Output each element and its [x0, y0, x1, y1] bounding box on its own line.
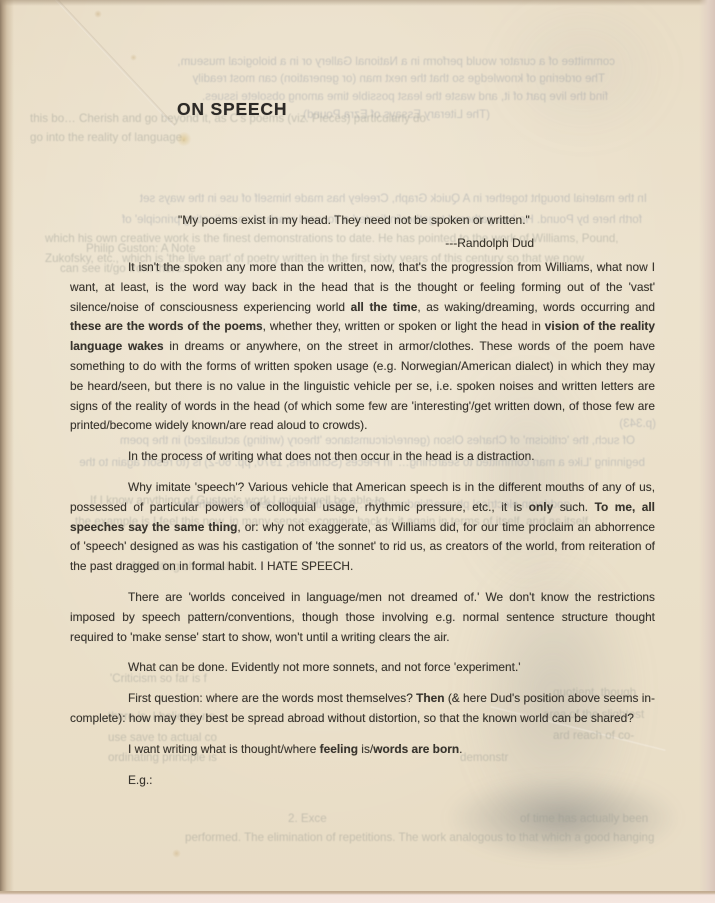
paragraph: E.g.:	[70, 771, 655, 791]
paper-stain	[94, 10, 102, 18]
bleedthrough-line: this bo… Cherish and go beyond it, as C'…	[30, 112, 670, 125]
page-edge-left	[0, 0, 14, 893]
bleedthrough-line: committee of a curator would perform in …	[135, 55, 615, 68]
paragraph: I want writing what is thought/where fee…	[70, 740, 655, 760]
bleedthrough-line: performed. The elimination of repetition…	[185, 831, 665, 844]
body-text: It isn't the spoken any more than the wr…	[70, 258, 655, 801]
paragraph: In the process of writing what does not …	[70, 447, 655, 467]
bleedthrough-line: In the material brought together in A Qu…	[62, 192, 647, 205]
paragraph: What can be done. Evidently not more son…	[70, 658, 655, 678]
paper-stain	[176, 132, 192, 146]
epigraph-attribution: ---Randolph Dud	[178, 236, 548, 250]
bleedthrough-line: of time has actually been	[520, 812, 665, 825]
page-edge-top	[0, 0, 715, 6]
page-crease	[44, 0, 176, 127]
paragraph: First question: where are the words most…	[70, 689, 655, 729]
paper-stain	[130, 54, 137, 61]
bleedthrough-line: The ordering of knowledge so that the ne…	[160, 72, 605, 85]
page-title: ON SPEECH	[177, 99, 287, 120]
scanned-page: committee of a curator would perform in …	[0, 0, 715, 903]
page-edge-right	[699, 0, 715, 893]
paragraph: Why imitate 'speech'? Various vehicle th…	[70, 478, 655, 577]
paragraph: There are 'worlds conceived in language/…	[70, 588, 655, 647]
paper-stain	[172, 849, 181, 858]
paragraph: It isn't the spoken any more than the wr…	[70, 258, 655, 436]
page-edge-bottom	[0, 891, 715, 903]
epigraph-quote: "My poems exist in my head. They need no…	[178, 213, 538, 227]
showthrough-smudge	[498, 0, 668, 140]
bleedthrough-line: go into the reality of language.	[30, 131, 250, 144]
bleedthrough-line: 2. Exce	[288, 812, 358, 825]
